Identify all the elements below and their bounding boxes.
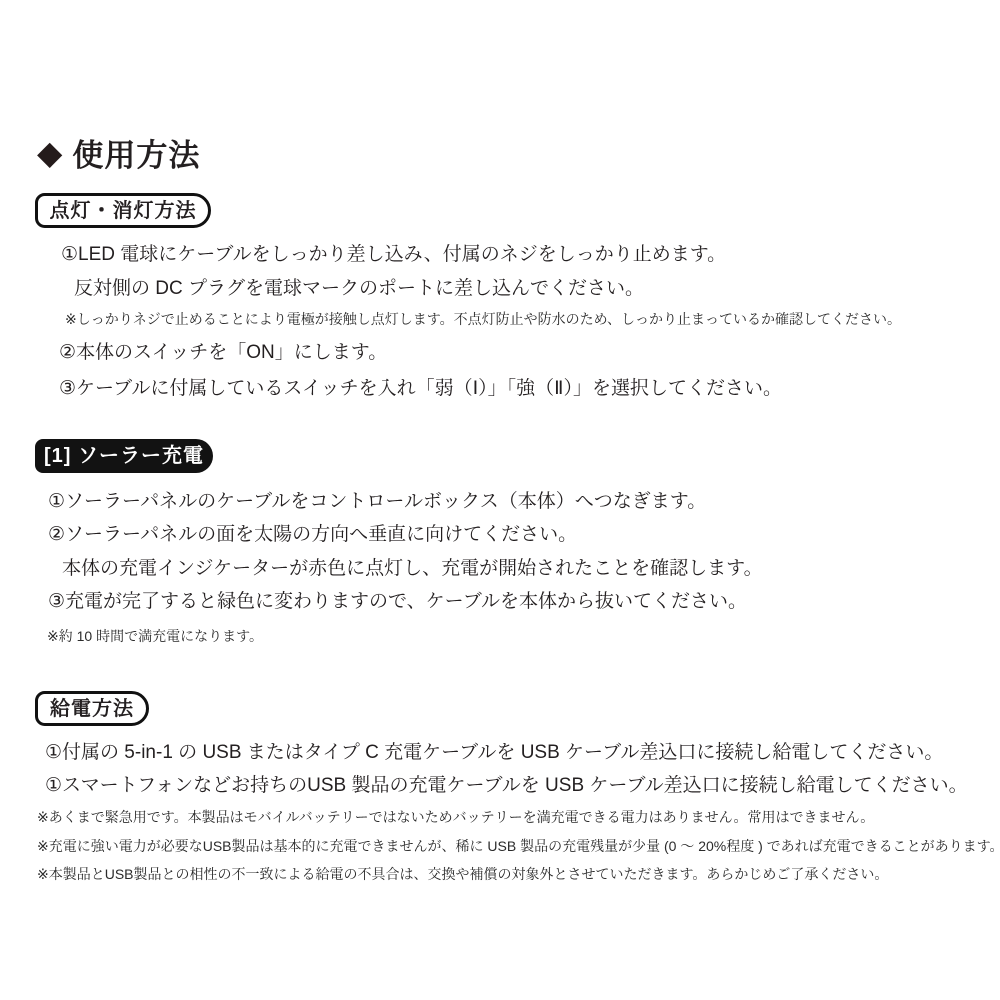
step-text: ②本体のスイッチを「ON」にします。 [59, 341, 387, 365]
note-text: ※しっかりネジで止めることにより電極が接触し点灯します。不点灯防止や防水のため、… [65, 311, 901, 329]
note-text: ※本製品とUSB製品との相性の不一致による給電の不具合は、交換や補償の対象外とさ… [37, 866, 888, 884]
step-text: ①ソーラーパネルのケーブルをコントロールボックス（本体）へつなぎます。 [48, 490, 706, 514]
step-text: ①LED 電球にケーブルをしっかり差し込み、付属のネジをしっかり止めます。 [61, 243, 726, 267]
note-text: ※あくまで緊急用です。本製品はモバイルバッテリーではないためバッテリーを満充電で… [37, 809, 874, 827]
step-text: 本体の充電インジケーターが赤色に点灯し、充電が開始されたことを確認します。 [62, 557, 763, 581]
section-header-solar-charging: [1] ソーラー充電 [35, 439, 213, 473]
step-text: ③ケーブルに付属しているスイッチを入れ「弱（Ⅰ）」「強（Ⅱ）」を選択してください… [59, 377, 782, 401]
page-title: ◆ 使用方法 [37, 130, 200, 175]
step-text: ③充電が完了すると緑色に変わりますので、ケーブルを本体から抜いてください。 [48, 590, 747, 614]
note-text: ※約 10 時間で満充電になります。 [47, 628, 263, 646]
note-text: ※充電に強い電力が必要なUSB製品は基本的に充電できませんが、稀に USB 製品… [37, 838, 1000, 856]
section-header-lighting-method: 点灯・消灯方法 [35, 193, 211, 228]
step-text: ①付属の 5-in-1 の USB またはタイプ C 充電ケーブルを USB ケ… [45, 741, 943, 765]
section-header-power-supply: 給電方法 [35, 691, 149, 726]
step-text: ①スマートフォンなどお持ちのUSB 製品の充電ケーブルを USB ケーブル差込口… [45, 774, 968, 798]
instruction-sheet: ◆ 使用方法 点灯・消灯方法 ①LED 電球にケーブルをしっかり差し込み、付属の… [0, 0, 1000, 1000]
diamond-icon: ◆ [37, 136, 63, 169]
page-title-text: 使用方法 [72, 130, 200, 175]
step-text: ②ソーラーパネルの面を太陽の方向へ垂直に向けてください。 [48, 523, 577, 547]
step-text: 反対側の DC プラグを電球マークのポートに差し込んでください。 [74, 277, 644, 301]
